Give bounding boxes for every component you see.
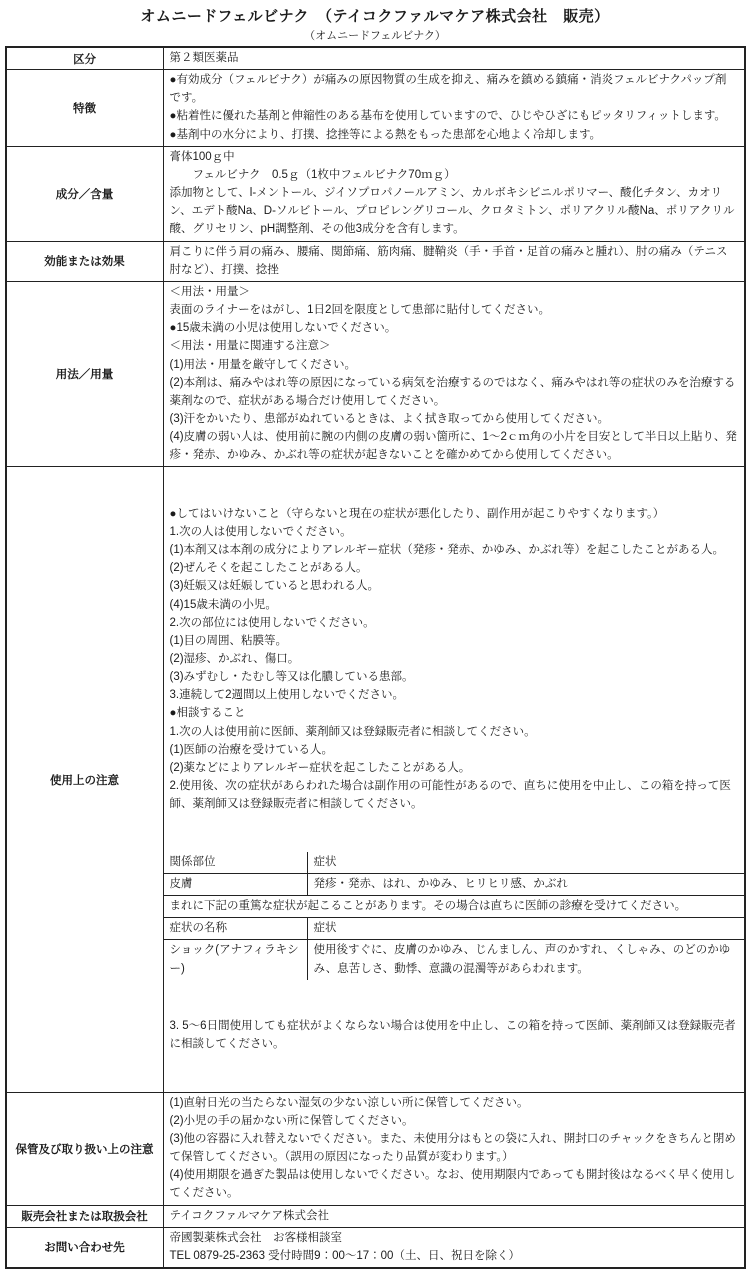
row-precautions: 使用上の注意 ●してはいけないこと（守らないと現在の症状が悪化したり、副作用が起… (6, 467, 745, 1092)
symptom-header: 症状 (307, 852, 744, 874)
side-effects-header-row: 関係部位 症状 (164, 852, 744, 874)
row-classification-value: 第２類医薬品 (163, 47, 745, 70)
severe-symptom-note: まれに下記の重篤な症状が起こることがあります。その場合は直ちに医師の診療を受けて… (164, 896, 744, 918)
precautions-text-2: 3. 5～6日間使用しても症状がよくならない場合は使用を中止し、この箱を持って医… (164, 1016, 744, 1055)
row-vendor-value: テイコクファルマケア株式会社 (163, 1205, 745, 1227)
row-indications-value: 肩こりに伴う肩の痛み、腰痛、関節痛、筋肉痛、腱鞘炎（手・手首・足首の痛みと腫れ）… (163, 241, 745, 281)
precautions-text-1: ●してはいけないこと（守らないと現在の症状が悪化したり、副作用が起こりやすくなり… (164, 504, 744, 816)
page-title: オムニードフェルビナク （テイコクファルマケア株式会社 販売） (0, 0, 750, 26)
page-subtitle: （オムニードフェルビナク） (0, 27, 750, 43)
row-storage-value: (1)直射日光の当たらない湿気の少ない涼しい所に保管してください。 (2)小児の… (163, 1092, 745, 1205)
row-ingredients-label: 成分／含量 (6, 146, 164, 241)
row-ingredients-value: 膏体100ｇ中 フェルビナク 0.5ｇ（1枚中フェルビナク70ｍｇ） 添加物とし… (163, 146, 745, 241)
row-dosage-label: 用法／用量 (6, 281, 164, 467)
row-vendor: 販売会社または取扱会社 テイコクファルマケア株式会社 (6, 1205, 745, 1227)
severe-symptom-note-row: まれに下記の重篤な症状が起こることがあります。その場合は直ちに医師の診療を受けて… (164, 896, 744, 918)
row-storage: 保管及び取り扱い上の注意 (1)直射日光の当たらない湿気の少ない涼しい所に保管し… (6, 1092, 745, 1205)
product-info-table: 区分 第２類医薬品 特徴 ●有効成分（フェルビナク）が痛みの原因物質の生成を抑え… (5, 46, 746, 1269)
row-features-label: 特徴 (6, 70, 164, 147)
severe-symptoms-data-row: ショック(アナフィラキシー) 使用後すぐに、皮膚のかゆみ、じんましん、声のかすれ… (164, 940, 744, 980)
row-contact-value: 帝國製薬株式会社 お客様相談室 TEL 0879-25-2363 受付時間9：0… (163, 1227, 745, 1268)
row-features-value: ●有効成分（フェルビナク）が痛みの原因物質の生成を抑え、痛みを鎮める鎮痛・消炎フ… (163, 70, 745, 147)
related-part-header: 関係部位 (164, 852, 308, 874)
symptom-name-value: ショック(アナフィラキシー) (164, 940, 308, 980)
row-indications-label: 効能または効果 (6, 241, 164, 281)
row-contact-label: お問い合わせ先 (6, 1227, 164, 1268)
symptom-name-header: 症状の名称 (164, 918, 308, 940)
severe-symptoms-header-row: 症状の名称 症状 (164, 918, 744, 940)
row-contact: お問い合わせ先 帝國製薬株式会社 お客様相談室 TEL 0879-25-2363… (6, 1227, 745, 1268)
side-effects-data-row: 皮膚 発疹・発赤、はれ、かゆみ、ヒリヒリ感、かぶれ (164, 873, 744, 895)
row-precautions-value: ●してはいけないこと（守らないと現在の症状が悪化したり、副作用が起こりやすくなり… (163, 467, 745, 1092)
row-vendor-label: 販売会社または取扱会社 (6, 1205, 164, 1227)
row-dosage: 用法／用量 ＜用法・用量＞ 表面のライナーをはがし、1日2回を限度として患部に貼… (6, 281, 745, 467)
row-classification-label: 区分 (6, 47, 164, 70)
row-features: 特徴 ●有効成分（フェルビナク）が痛みの原因物質の生成を抑え、痛みを鎮める鎮痛・… (6, 70, 745, 147)
row-storage-label: 保管及び取り扱い上の注意 (6, 1092, 164, 1205)
related-part-value: 皮膚 (164, 873, 308, 895)
row-classification: 区分 第２類医薬品 (6, 47, 745, 70)
row-indications: 効能または効果 肩こりに伴う肩の痛み、腰痛、関節痛、筋肉痛、腱鞘炎（手・手首・足… (6, 241, 745, 281)
row-ingredients: 成分／含量 膏体100ｇ中 フェルビナク 0.5ｇ（1枚中フェルビナク70ｍｇ）… (6, 146, 745, 241)
row-dosage-value: ＜用法・用量＞ 表面のライナーをはがし、1日2回を限度として患部に貼付してくださ… (163, 281, 745, 467)
severe-symptom-header: 症状 (307, 918, 744, 940)
side-effects-table: 関係部位 症状 皮膚 発疹・発赤、はれ、かゆみ、ヒリヒリ感、かぶれ まれに下記の… (164, 852, 744, 980)
symptom-value: 発疹・発赤、はれ、かゆみ、ヒリヒリ感、かぶれ (307, 873, 744, 895)
row-precautions-label: 使用上の注意 (6, 467, 164, 1092)
severe-symptom-value: 使用後すぐに、皮膚のかゆみ、じんましん、声のかすれ、くしゃみ、のどのかゆみ、息苦… (307, 940, 744, 980)
